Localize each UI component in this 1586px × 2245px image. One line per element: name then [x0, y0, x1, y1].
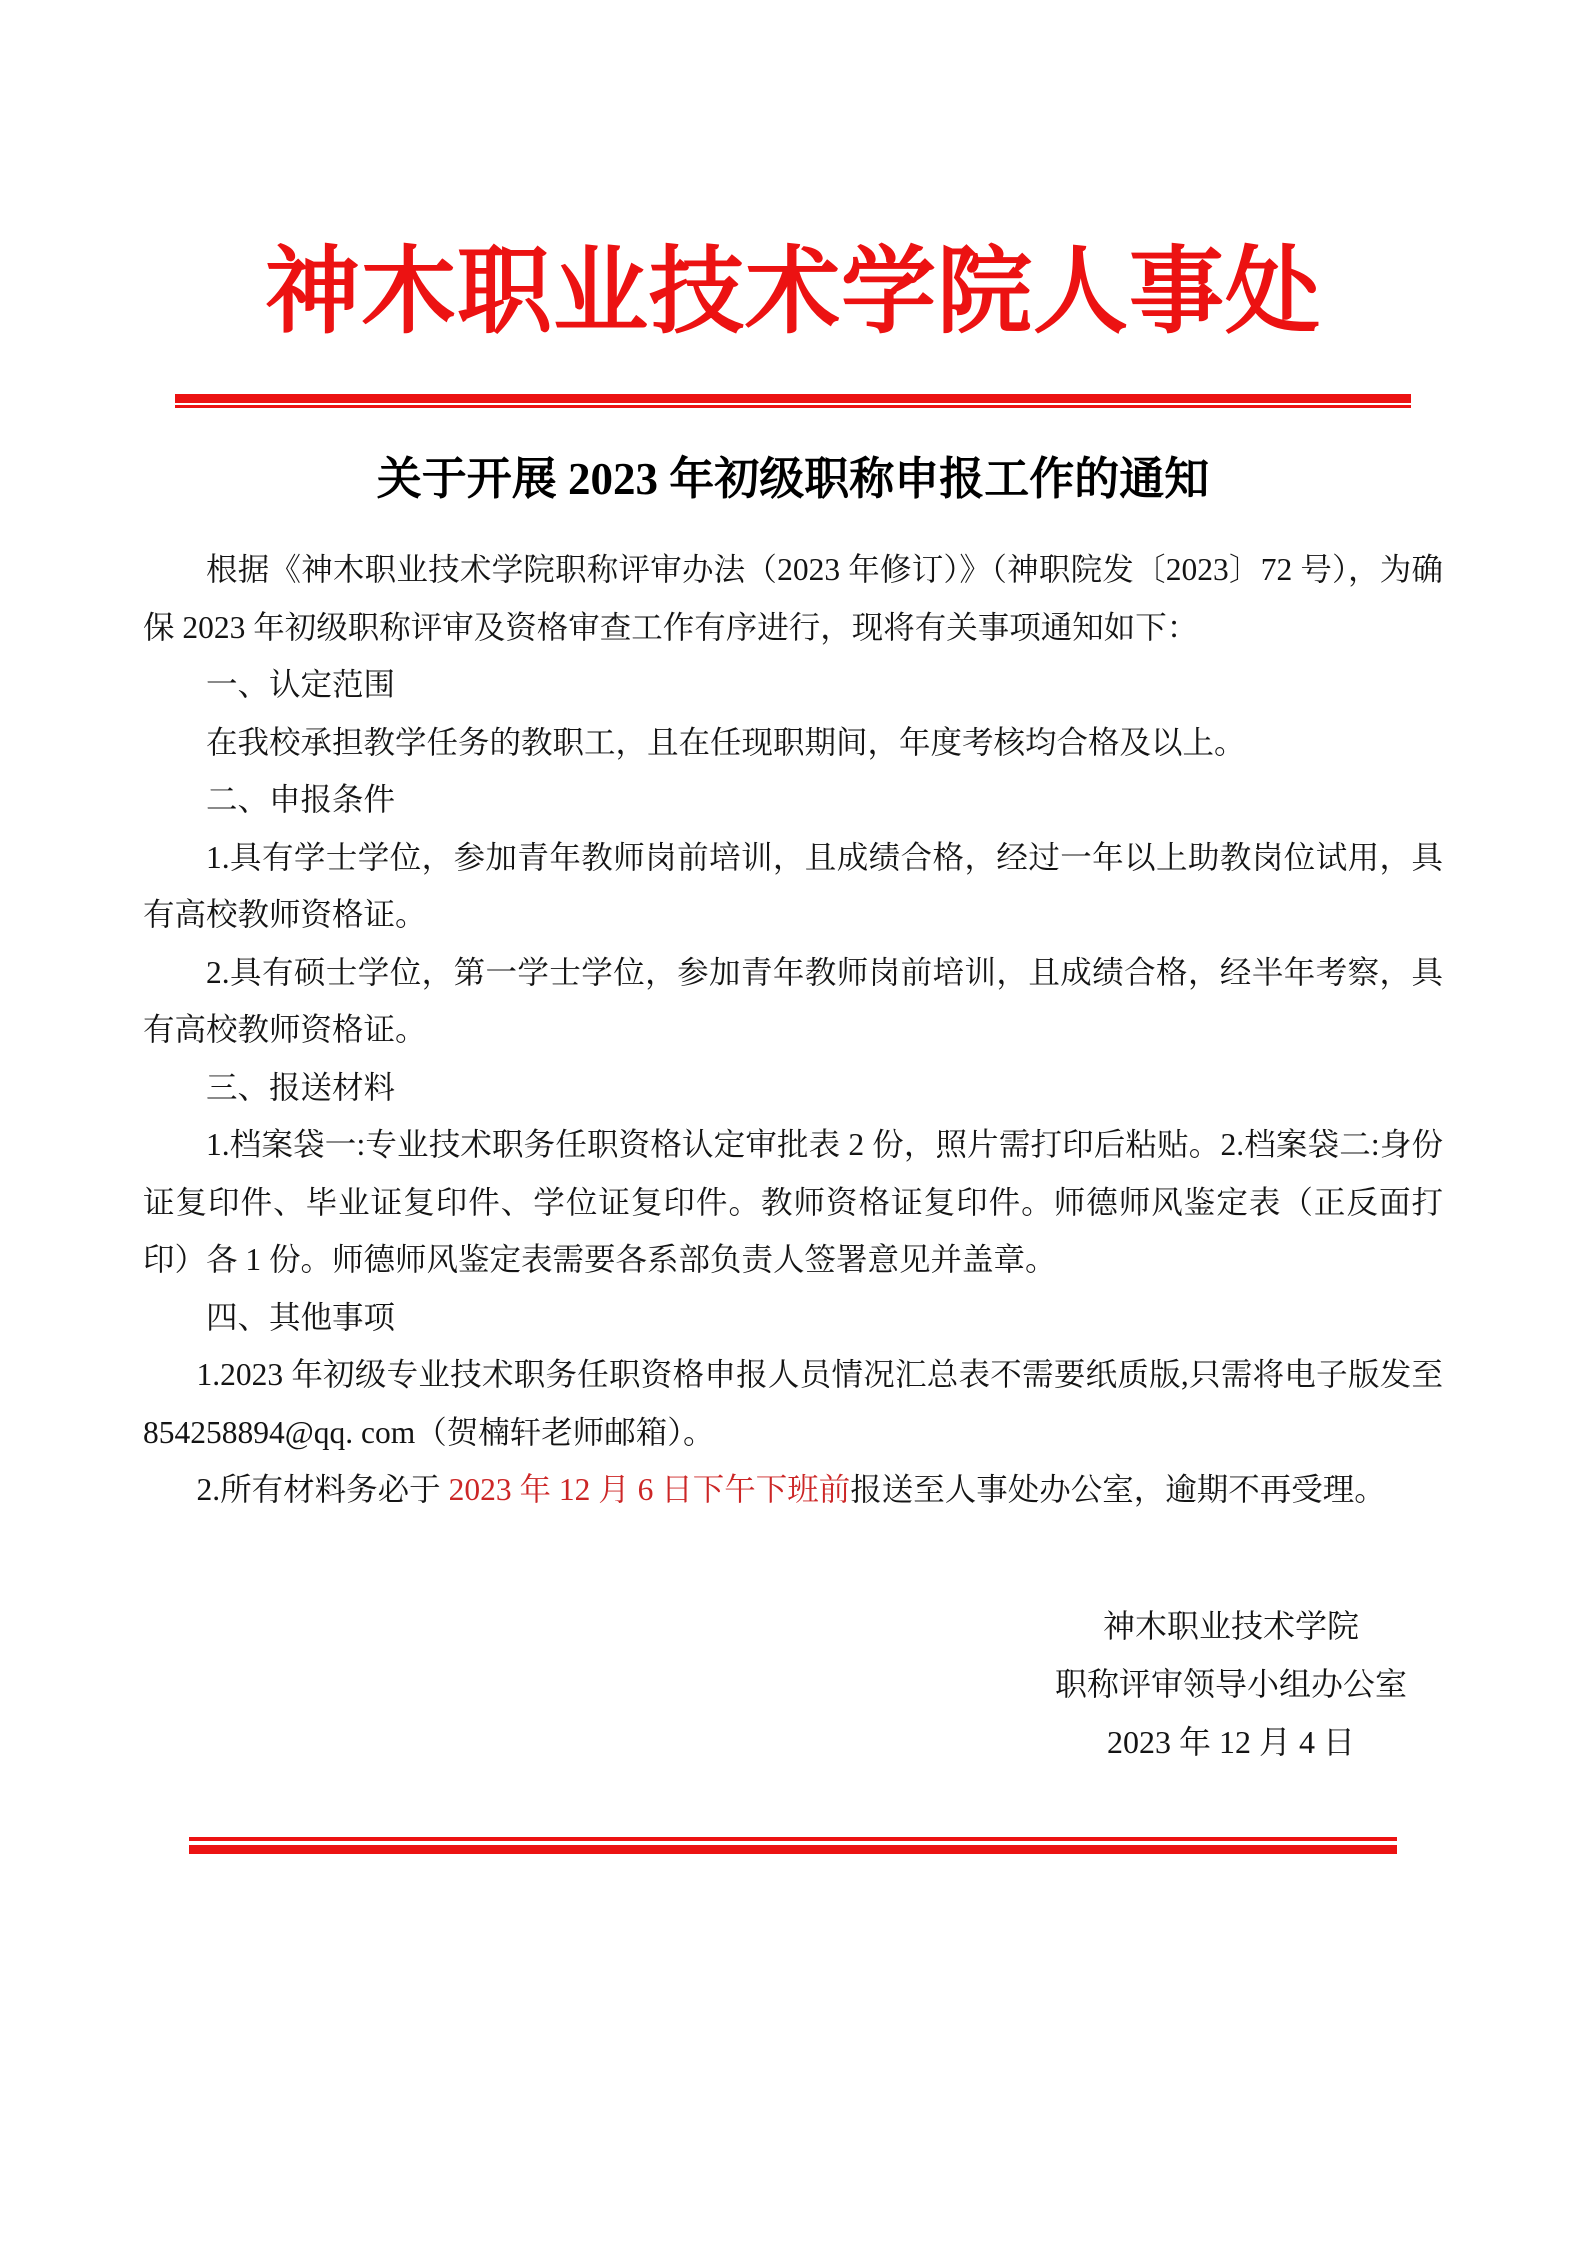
- deadline-highlight: 2023 年 12 月 6 日下午下班前: [449, 1472, 851, 1507]
- scope-paragraph: 在我校承担教学任务的教职工，且在任现职期间，年度考核均合格及以上。: [143, 714, 1443, 772]
- footer-divider-thick-line: [189, 1845, 1397, 1854]
- header-divider-thick-line: [175, 394, 1411, 403]
- materials-paragraph: 1.档案袋一:专业技术职务任职资格认定审批表 2 份，照片需打印后粘贴。2.档案…: [143, 1116, 1443, 1289]
- header-divider: [175, 394, 1411, 408]
- signature-org: 神木职业技术学院: [971, 1597, 1491, 1655]
- document-title: 关于开展 2023 年初级职称申报工作的通知: [0, 450, 1586, 508]
- section-heading-conditions: 二、申报条件: [143, 771, 1443, 829]
- signature-office: 职称评审领导小组办公室: [971, 1655, 1491, 1713]
- signature-date: 2023 年 12 月 4 日: [971, 1713, 1491, 1771]
- condition-item-2: 2.具有硕士学位，第一学士学位，参加青年教师岗前培训，且成绩合格，经半年考察，具…: [143, 944, 1443, 1059]
- signature-block: 神木职业技术学院 职称评审领导小组办公室 2023 年 12 月 4 日: [971, 1597, 1491, 1771]
- section-heading-other: 四、其他事项: [143, 1289, 1443, 1347]
- document-body: 根据《神木职业技术学院职称评审办法（2023 年修订）》（神职院发〔2023〕7…: [143, 541, 1443, 1519]
- deadline-prefix: 2.所有材料务必于: [197, 1472, 449, 1507]
- other-item-1: 1.2023 年初级专业技术职务任职资格申报人员情况汇总表不需要纸质版,只需将电…: [143, 1346, 1443, 1461]
- footer-divider-thin-line: [189, 1837, 1397, 1841]
- deadline-suffix: 报送至人事处办公室，逾期不再受理。: [850, 1472, 1386, 1507]
- intro-paragraph: 根据《神木职业技术学院职称评审办法（2023 年修订）》（神职院发〔2023〕7…: [143, 541, 1443, 656]
- section-heading-scope: 一、认定范围: [143, 656, 1443, 714]
- section-heading-materials: 三、报送材料: [143, 1059, 1443, 1117]
- footer-divider: [189, 1837, 1397, 1854]
- masthead-title: 神木职业技术学院人事处: [0, 0, 1586, 345]
- header-divider-thin-line: [175, 405, 1411, 408]
- deadline-paragraph: 2.所有材料务必于 2023 年 12 月 6 日下午下班前报送至人事处办公室，…: [143, 1461, 1443, 1519]
- notice-page: 神木职业技术学院人事处 关于开展 2023 年初级职称申报工作的通知 根据《神木…: [0, 0, 1586, 2245]
- condition-item-1: 1.具有学士学位，参加青年教师岗前培训，且成绩合格，经过一年以上助教岗位试用，具…: [143, 829, 1443, 944]
